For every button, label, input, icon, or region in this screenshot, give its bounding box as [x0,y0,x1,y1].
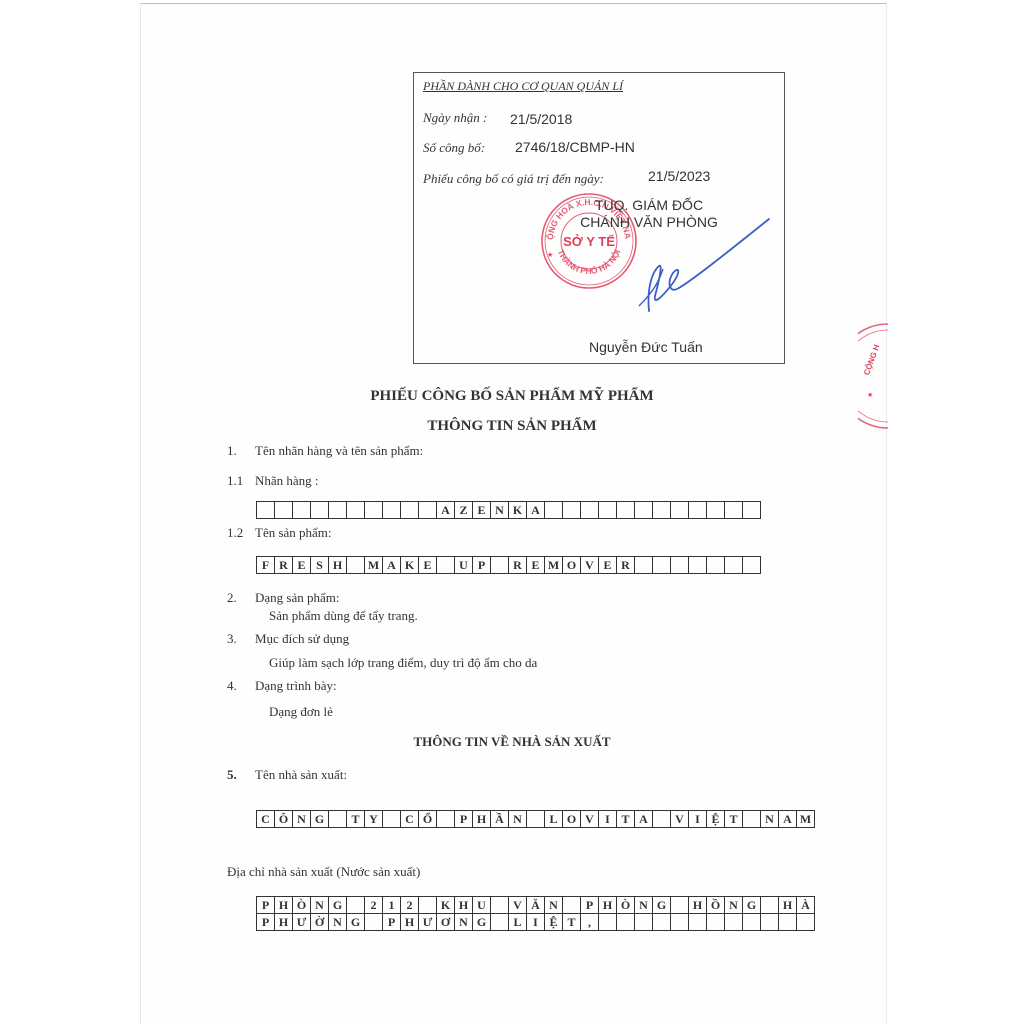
grid-cell [491,556,509,574]
grid-cell: H [401,914,419,931]
grid-cell [743,501,761,519]
grid-cell: H [455,896,473,914]
grid-cell [689,501,707,519]
grid-cell [671,556,689,574]
grid-cell: I [689,810,707,828]
grid-cell: Ư [419,914,437,931]
grid-cell [563,896,581,914]
grid-cell: N [761,810,779,828]
grid-cell [761,914,779,931]
grid-cell: P [383,914,401,931]
received-date-value: 21/5/2018 [510,111,572,127]
grid-cell: P [257,896,275,914]
svg-text:CỘNG H: CỘNG H [862,343,881,376]
grid-cell [437,810,455,828]
grid-cell: Ổ [419,810,437,828]
grid-cell: H [779,896,797,914]
grid-cell: N [311,896,329,914]
grid-cell: G [743,896,761,914]
grid-cell: Ô [275,810,293,828]
document-title: PHIẾU CÔNG BỐ SẢN PHẨM MỸ PHẨM [0,388,1024,405]
grid-cell [401,501,419,519]
management-box: PHẦN DÀNH CHO CƠ QUAN QUẢN LÍ Ngày nhận … [413,72,785,364]
svg-text:THÀNH PHỐ HÀ NỘI: THÀNH PHỐ HÀ NỘI [556,248,623,276]
grid-cell: E [419,556,437,574]
item-1: 1.Tên nhãn hàng và tên sản phẩm: [227,443,423,459]
brand-name-grid: AZENKA [256,501,761,519]
grid-cell: N [545,896,563,914]
grid-cell [383,810,401,828]
grid-cell: Z [455,501,473,519]
grid-cell: R [617,556,635,574]
grid-cell: H [275,914,293,931]
grid-cell: E [293,556,311,574]
grid-cell [365,501,383,519]
grid-cell: Ă [527,896,545,914]
grid-cell: A [779,810,797,828]
grid-cell: P [473,556,491,574]
svg-text:★: ★ [547,251,553,259]
grid-cell: H [275,896,293,914]
manufacturer-address-label: Địa chỉ nhà sản xuất (Nước sản xuất) [227,864,420,880]
management-box-header: PHẦN DÀNH CHO CƠ QUAN QUẢN LÍ [423,79,623,94]
grid-cell [725,501,743,519]
grid-cell [419,896,437,914]
grid-cell [653,810,671,828]
grid-cell: O [563,810,581,828]
grid-cell: C [401,810,419,828]
grid-cell: Ệ [707,810,725,828]
grid-cell [635,914,653,931]
product-name-grid: FRESHMAKEUPREMOVER [256,556,761,574]
grid-cell: V [581,810,599,828]
grid-cell [689,914,707,931]
received-date-label: Ngày nhận : [423,110,487,126]
grid-cell: H [599,896,617,914]
grid-cell [347,501,365,519]
grid-cell [437,556,455,574]
grid-cell: G [347,914,365,931]
grid-cell [563,501,581,519]
grid-cell [383,501,401,519]
grid-cell: C [257,810,275,828]
grid-cell: L [545,810,563,828]
grid-cell: V [671,810,689,828]
grid-cell: S [311,556,329,574]
grid-cell [491,896,509,914]
grid-cell [329,810,347,828]
grid-cell: P [455,810,473,828]
grid-cell: G [329,896,347,914]
grid-cell [617,501,635,519]
grid-cell: V [509,896,527,914]
grid-cell [707,556,725,574]
grid-cell: T [725,810,743,828]
grid-cell: H [689,896,707,914]
grid-cell [599,501,617,519]
grid-cell [545,501,563,519]
grid-cell [725,556,743,574]
grid-cell: Ơ [437,914,455,931]
grid-cell: R [275,556,293,574]
address-row-1: PHÒNG212KHUVĂNPHÒNGHỒNGHÀ [256,896,815,914]
grid-cell: T [617,810,635,828]
grid-cell [689,556,707,574]
grid-cell: 2 [401,896,419,914]
manufacturer-address-grid: PHÒNG212KHUVĂNPHÒNGHỒNGHÀ PHƯỜNGPHƯƠNGLI… [256,896,815,931]
grid-cell: A [437,501,455,519]
grid-cell: N [293,810,311,828]
grid-cell [311,501,329,519]
grid-cell [329,501,347,519]
grid-cell [347,556,365,574]
item-1-1: 1.1Nhãn hàng : [227,473,319,489]
grid-cell: Y [365,810,383,828]
grid-cell [635,556,653,574]
grid-cell: 1 [383,896,401,914]
grid-cell [797,914,815,931]
grid-cell: U [455,556,473,574]
grid-cell [581,501,599,519]
grid-cell [653,501,671,519]
grid-cell: M [365,556,383,574]
partial-stamp-icon: CỘNG H ★ [858,322,888,432]
grid-cell: M [797,810,815,828]
grid-cell: H [473,810,491,828]
grid-cell [743,914,761,931]
grid-cell: N [329,914,347,931]
grid-cell [743,556,761,574]
grid-cell [743,810,761,828]
grid-cell: K [437,896,455,914]
grid-cell [599,914,617,931]
grid-cell: O [563,556,581,574]
item-3: 3.Mục đích sử dụng [227,631,349,647]
grid-cell: G [473,914,491,931]
signature-icon [629,211,779,321]
item-5: 5.Tên nhà sản xuất: [227,767,347,783]
grid-cell [257,501,275,519]
grid-cell: M [545,556,563,574]
grid-cell: A [383,556,401,574]
valid-until-value: 21/5/2023 [648,168,710,184]
grid-cell: F [257,556,275,574]
grid-cell: Ệ [545,914,563,931]
grid-cell: N [455,914,473,931]
grid-cell: Ờ [311,914,329,931]
announcement-number-label: Số công bố: [423,140,485,156]
grid-cell: À [797,896,815,914]
presentation-value: Dạng đơn lẻ [269,704,333,720]
grid-cell: G [653,896,671,914]
grid-cell: L [509,914,527,931]
grid-cell: P [257,914,275,931]
grid-cell: Ồ [707,896,725,914]
grid-cell [761,896,779,914]
grid-cell [347,896,365,914]
grid-cell: E [527,556,545,574]
grid-cell: Ầ [491,810,509,828]
grid-cell: N [491,501,509,519]
grid-cell [617,914,635,931]
grid-cell: K [401,556,419,574]
item-1-2: 1.2Tên sản phẩm: [227,525,332,541]
grid-cell [671,896,689,914]
grid-cell [419,501,437,519]
grid-cell: E [473,501,491,519]
signer-name: Nguyễn Đức Tuấn [589,339,703,355]
section-manufacturer-info: THÔNG TIN VỀ NHÀ SẢN XUẤT [0,734,1024,750]
grid-cell: G [311,810,329,828]
intended-use-value: Giúp làm sạch lớp trang điểm, duy trì độ… [269,655,537,671]
grid-cell: I [527,914,545,931]
grid-cell: V [581,556,599,574]
grid-cell [527,810,545,828]
grid-cell: Ò [617,896,635,914]
grid-cell: Ư [293,914,311,931]
grid-cell [491,914,509,931]
grid-cell: H [329,556,347,574]
grid-cell [707,501,725,519]
svg-text:SỞ Y TẾ: SỞ Y TẾ [563,234,615,249]
grid-cell: N [725,896,743,914]
grid-cell [671,501,689,519]
grid-cell: A [527,501,545,519]
grid-cell: I [599,810,617,828]
grid-cell: P [581,896,599,914]
address-row-2: PHƯỜNGPHƯƠNGLIỆT, [256,914,815,931]
grid-cell: , [581,914,599,931]
grid-cell: E [599,556,617,574]
item-2: 2.Dạng sản phẩm: [227,590,339,606]
grid-cell [635,501,653,519]
grid-cell: R [509,556,527,574]
grid-cell [653,914,671,931]
manufacturer-name-grid: CÔNGTYCỔPHẦNLOVITAVIỆTNAM [256,810,815,828]
section-product-info: THÔNG TIN SẢN PHẨM [0,418,1024,435]
product-form-value: Sản phẩm dùng để tẩy trang. [269,608,418,624]
grid-cell [779,914,797,931]
grid-cell [653,556,671,574]
grid-cell [275,501,293,519]
grid-cell: U [473,896,491,914]
valid-until-label: Phiếu công bố có giá trị đến ngày: [423,171,604,187]
grid-cell: Ò [293,896,311,914]
grid-cell [707,914,725,931]
grid-cell [725,914,743,931]
grid-cell: A [635,810,653,828]
grid-cell [365,914,383,931]
grid-cell: K [509,501,527,519]
grid-cell: N [509,810,527,828]
grid-cell: N [635,896,653,914]
grid-cell: 2 [365,896,383,914]
grid-cell [293,501,311,519]
item-4: 4.Dạng trình bày: [227,678,337,694]
grid-cell [671,914,689,931]
grid-cell: T [563,914,581,931]
announcement-number-value: 2746/18/CBMP-HN [515,139,635,155]
grid-cell: T [347,810,365,828]
